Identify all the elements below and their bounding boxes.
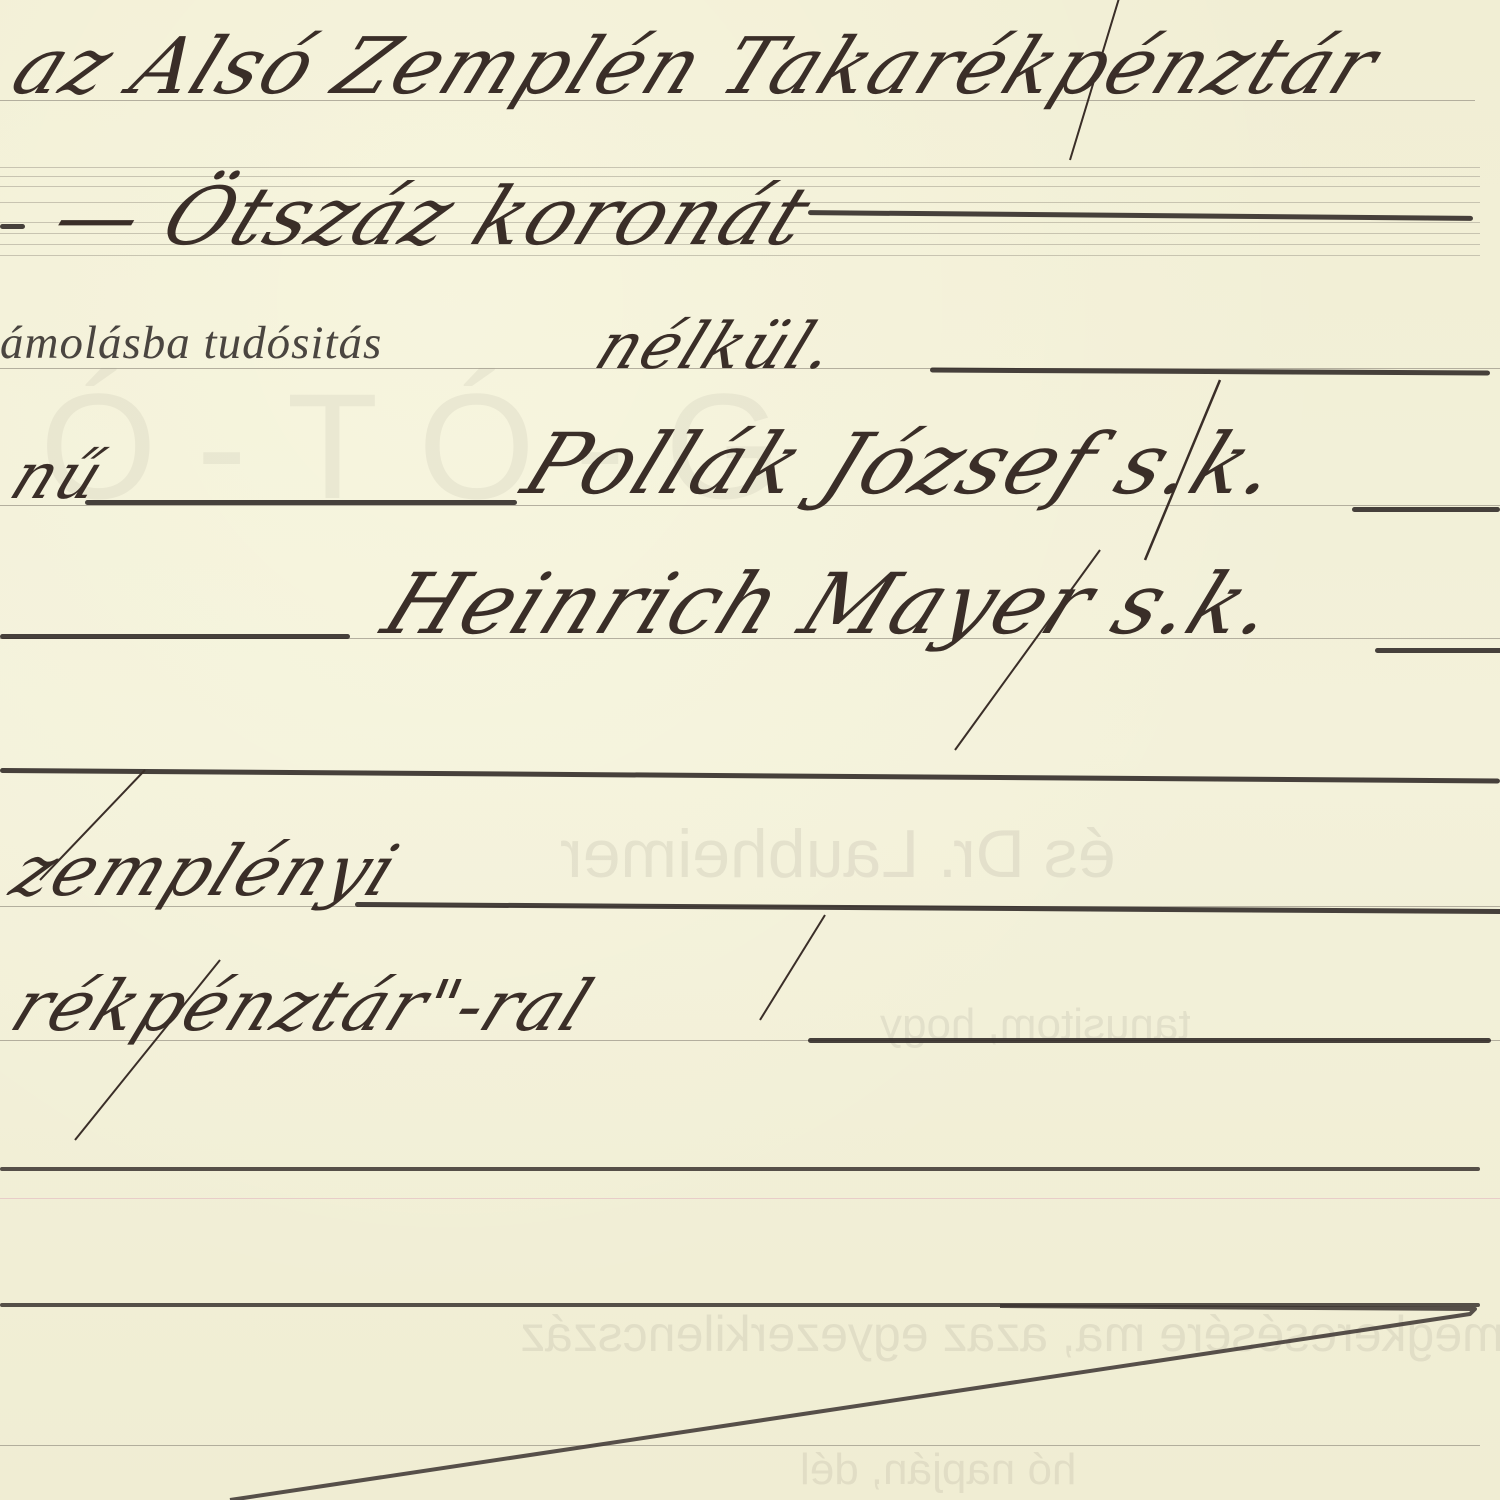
signature-mayer: Heinrich Mayer s.k. xyxy=(370,555,1294,653)
handwritten-line-7: rékpénztár"-ral xyxy=(0,965,605,1047)
handwritten-line-6: zemplényi xyxy=(0,830,411,912)
handwritten-line-3: nélkül. xyxy=(585,310,849,384)
printed-label: ámolásba tudósitás xyxy=(0,316,382,370)
handwritten-line-1: az Alsó Zemplén Takarékpénztár xyxy=(0,22,1392,112)
signature-pollak: Pollák József s.k. xyxy=(510,415,1297,513)
handwritten-line-2: — Ötszáz koronát xyxy=(40,170,826,263)
document-page: Ó-TÓ-G és Dr. Laubheimer tanusitom, hogy… xyxy=(0,0,1500,1500)
